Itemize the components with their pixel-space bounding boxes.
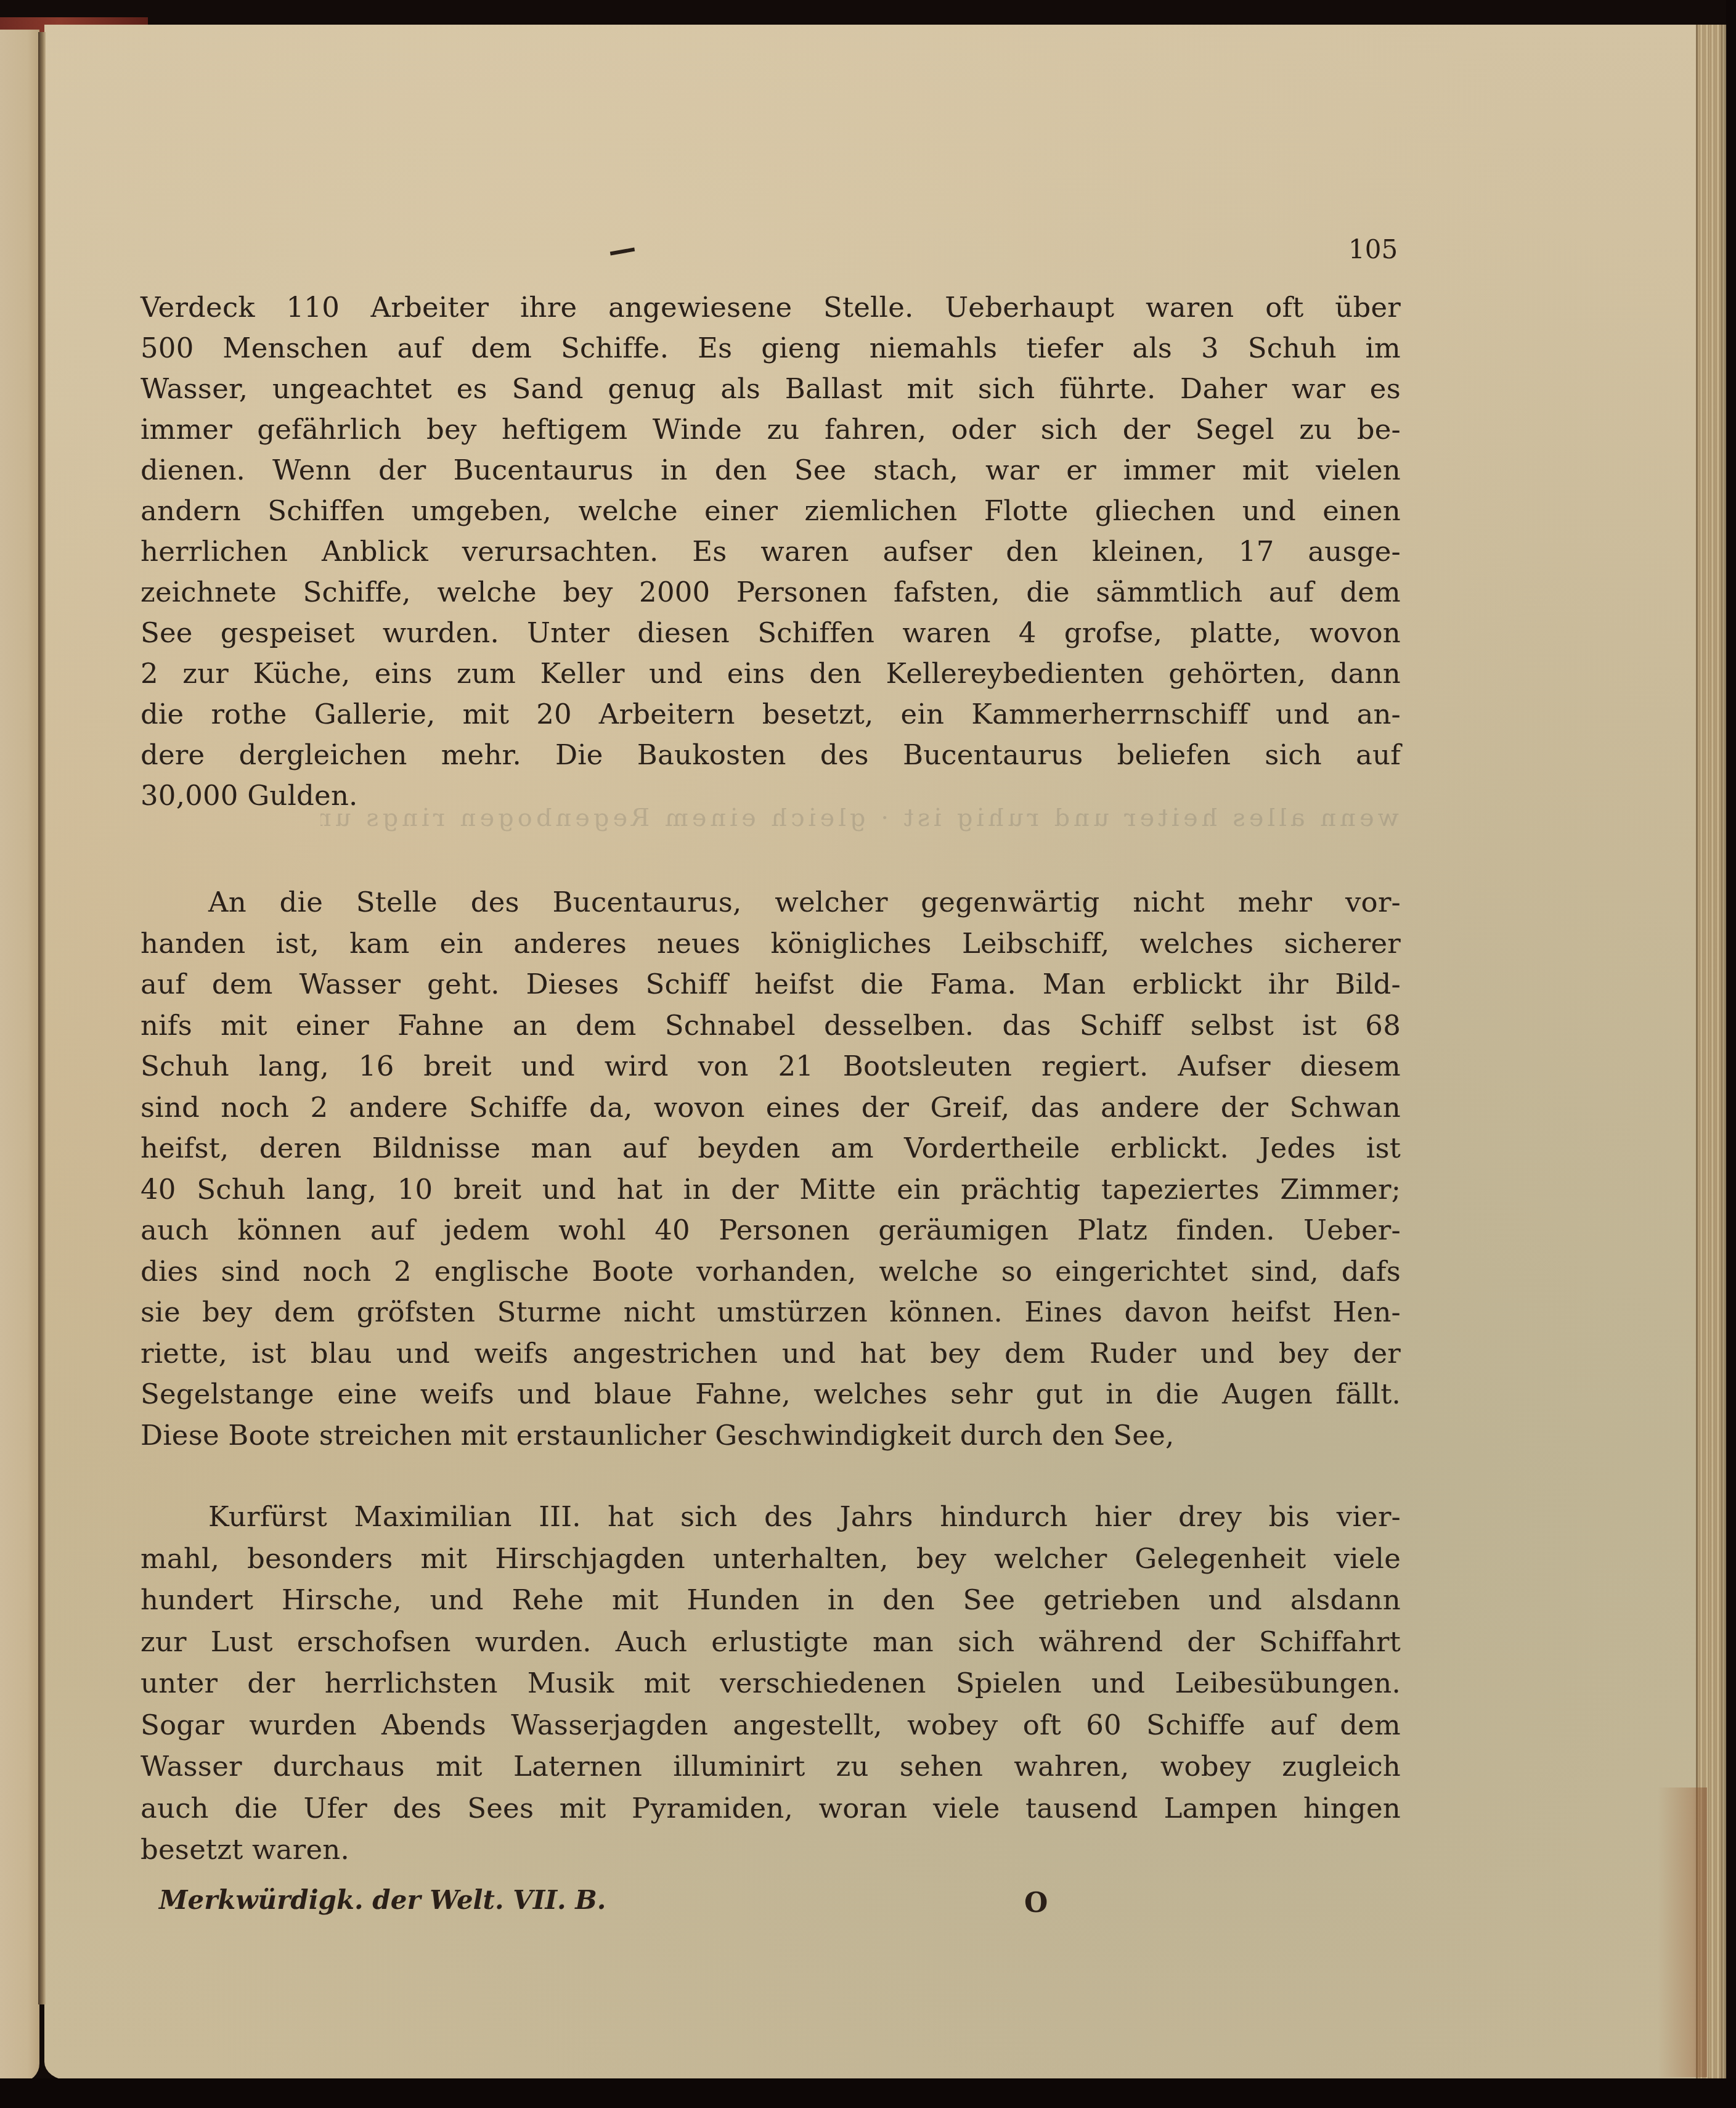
- text-line: dere dergleichen mehr. Die Baukosten des…: [141, 737, 1401, 773]
- signature-mark: O: [1024, 1887, 1048, 1919]
- left-page-sliver: [0, 30, 39, 2082]
- page-edge-stain: [1658, 1787, 1707, 2077]
- text-line: hundert Hirsche, und Rehe mit Hunden in …: [141, 1582, 1401, 1618]
- text-line: See gespeiset wurden. Unter diesen Schif…: [141, 615, 1401, 651]
- text-line: Schuh lang, 16 breit und wird von 21 Boo…: [141, 1048, 1401, 1084]
- text-line: sind noch 2 andere Schiffe da, wovon ein…: [141, 1090, 1401, 1125]
- text-line: Wasser, ungeachtet es Sand genug als Bal…: [141, 371, 1401, 407]
- text-line: Wasser durchaus mit Laternen illuminirt …: [141, 1749, 1401, 1784]
- text-line: Diese Boote streichen mit erstaunlicher …: [141, 1418, 1401, 1453]
- scan-border-right: [1726, 0, 1736, 2108]
- text-line: 30,000 Gulden.: [141, 778, 1401, 814]
- text-line: dienen. Wenn der Bucentaurus in den See …: [141, 452, 1401, 488]
- text-line: immer gefährlich bey heftigem Winde zu f…: [141, 412, 1401, 447]
- page-edges: [1696, 25, 1727, 2080]
- text-line: handen ist, kam ein anderes neues königl…: [141, 926, 1401, 962]
- text-line: 500 Menschen auf dem Schiffe. Es gieng n…: [141, 330, 1401, 366]
- text-line: andern Schiffen umgeben, welche einer zi…: [141, 493, 1401, 529]
- text-line: 40 Schuh lang, 10 breit und hat in der M…: [141, 1172, 1401, 1207]
- text-line: 2 zur Küche, eins zum Keller und eins de…: [141, 656, 1401, 692]
- text-line: Verdeck 110 Arbeiter ihre angewiesene St…: [141, 290, 1401, 325]
- text-line: zeichnete Schiffe, welche bey 2000 Perso…: [141, 574, 1401, 610]
- text-line: herrlichen Anblick verursachten. Es ware…: [141, 534, 1401, 570]
- text-line: nifs mit einer Fahne an dem Schnabel des…: [141, 1008, 1401, 1044]
- text-line: mahl, besonders mit Hirschjagden unterha…: [141, 1541, 1401, 1577]
- page-number: 105: [1348, 234, 1398, 264]
- text-line: auch können auf jedem wohl 40 Personen g…: [141, 1212, 1401, 1248]
- text-line: heifst, deren Bildnisse man auf beyden a…: [141, 1130, 1401, 1166]
- text-line: zur Lust erschofsen wurden. Auch erlusti…: [141, 1624, 1401, 1660]
- text-line: Segelstange eine weifs und blaue Fahne, …: [141, 1376, 1401, 1412]
- signature-title: Merkwürdigk. der Welt. VII. B.: [159, 1885, 606, 1915]
- text-line: unter der herrlichsten Musik mit verschi…: [141, 1665, 1401, 1701]
- text-line: riette, ist blau und weifs angestrichen …: [141, 1336, 1401, 1371]
- page-gutter: [38, 32, 46, 2004]
- text-line: Kurfürst Maximilian III. hat sich des Ja…: [141, 1499, 1401, 1535]
- text-line: An die Stelle des Bucentaurus, welcher g…: [141, 884, 1401, 920]
- text-line: auch die Ufer des Sees mit Pyramiden, wo…: [141, 1791, 1401, 1826]
- text-line: die rothe Gallerie, mit 20 Arbeitern bes…: [141, 697, 1401, 732]
- text-line: besetzt waren.: [141, 1832, 1401, 1868]
- text-line: dies sind noch 2 englische Boote vorhand…: [141, 1254, 1401, 1289]
- scan-border-bottom: [0, 2078, 1736, 2108]
- text-line: auf dem Wasser geht. Dieses Schiff heifs…: [141, 966, 1401, 1002]
- text-line: sie bey dem gröfsten Sturme nicht umstür…: [141, 1294, 1401, 1330]
- text-line: Sogar wurden Abends Wasserjagden angeste…: [141, 1707, 1401, 1743]
